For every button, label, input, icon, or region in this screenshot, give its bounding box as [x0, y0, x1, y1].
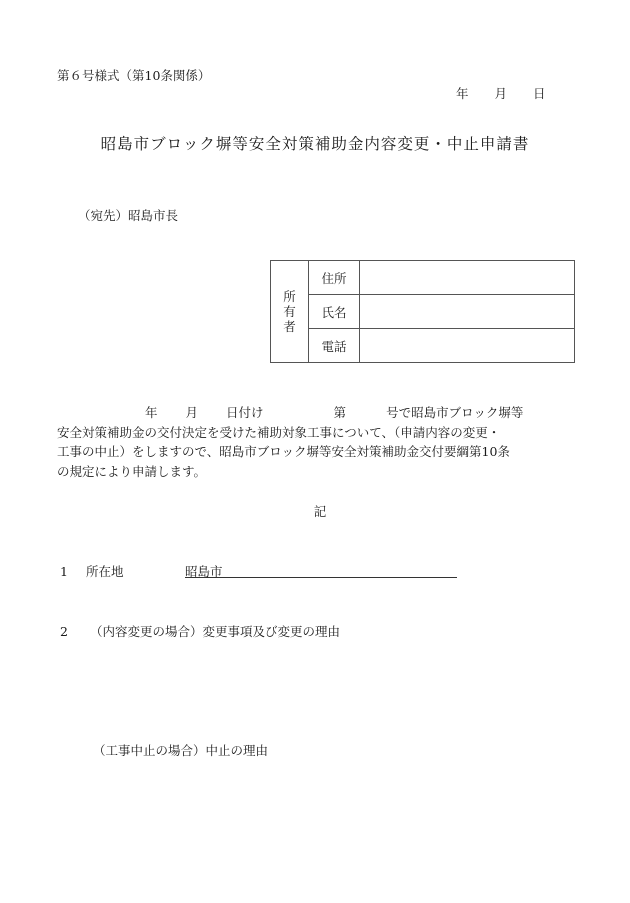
date-month-label: 月	[495, 84, 508, 102]
date-year-label: 年	[456, 84, 469, 102]
addressee: （宛先）昭島市長	[78, 206, 178, 224]
body-line-1: 年月日付け第号で昭島市ブロック塀等	[57, 403, 577, 423]
decision-year-label: 年	[145, 403, 158, 423]
decision-dai-label: 第	[334, 403, 347, 423]
page-title: 昭島市ブロック塀等安全対策補助金内容変更・中止申請書	[0, 132, 630, 154]
item-2-label: （内容変更の場合）変更事項及び変更の理由	[90, 624, 340, 639]
address-label: 住所	[309, 261, 360, 295]
phone-field[interactable]	[360, 329, 575, 363]
ki-heading: 記	[0, 502, 630, 520]
location-field[interactable]: 昭島市	[185, 562, 457, 578]
item-1-number: 1	[60, 564, 68, 579]
owner-group-label: 所 有 者	[271, 261, 309, 363]
date-line: 年月日	[456, 84, 546, 102]
item-2-number: 2	[60, 624, 68, 639]
item-2-cancel-reason: （工事中止の場合）中止の理由	[93, 741, 268, 759]
phone-label: 電話	[309, 329, 360, 363]
form-number: 第６号様式（第10条関係）	[57, 66, 210, 84]
address-field[interactable]	[360, 261, 575, 295]
decision-go-label: 号で昭島市ブロック塀等	[386, 403, 523, 423]
body-line-4: の規定により申請します。	[57, 462, 577, 482]
application-body: 年月日付け第号で昭島市ブロック塀等 安全対策補助金の交付決定を受けた補助対象工事…	[57, 403, 577, 481]
body-line-3: 工事の中止）をしますので、昭島市ブロック塀等安全対策補助金交付要綱第10条	[57, 442, 577, 462]
decision-day-label: 日付け	[226, 403, 264, 423]
item-1-label: 所在地	[86, 564, 124, 579]
name-field[interactable]	[360, 295, 575, 329]
owner-info-table: 所 有 者 住所 氏名 電話	[270, 260, 575, 363]
date-day-label: 日	[533, 84, 546, 102]
name-label: 氏名	[309, 295, 360, 329]
item-1-location: 1所在地	[60, 562, 123, 580]
item-2-change-reason: 2（内容変更の場合）変更事項及び変更の理由	[60, 622, 340, 640]
decision-month-label: 月	[186, 403, 199, 423]
body-line-2: 安全対策補助金の交付決定を受けた補助対象工事について、（申請内容の変更・	[57, 423, 577, 443]
